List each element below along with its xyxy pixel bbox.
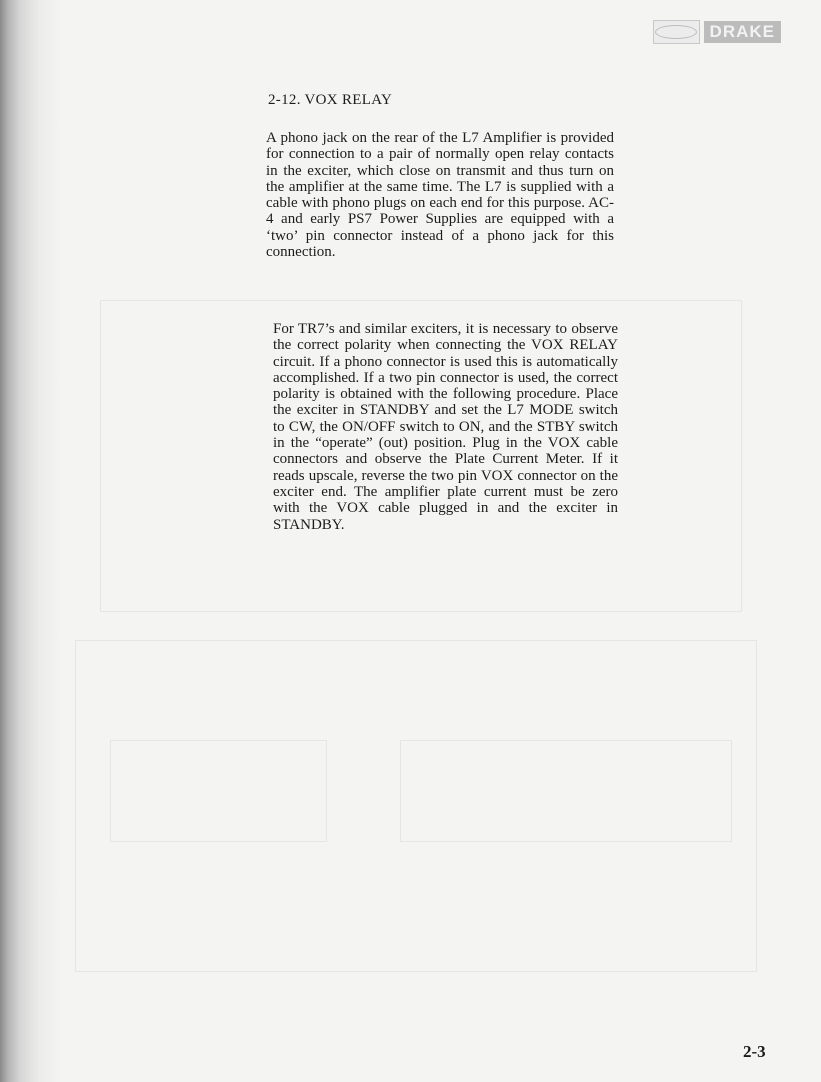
paragraph-polarity-procedure: For TR7’s and similar exciters, it is ne…	[273, 321, 618, 533]
drake-oval-logo-icon	[653, 20, 700, 44]
drake-wordmark: DRAKE	[704, 21, 781, 43]
binding-shadow	[0, 0, 60, 1082]
paragraph-phono-jack: A phono jack on the rear of the L7 Ampli…	[266, 130, 614, 260]
drake-logo: DRAKE	[653, 19, 781, 45]
bleed-through-frame	[75, 640, 757, 972]
section-title: 2-12. VOX RELAY	[268, 92, 392, 109]
page-number: 2-3	[743, 1042, 766, 1062]
